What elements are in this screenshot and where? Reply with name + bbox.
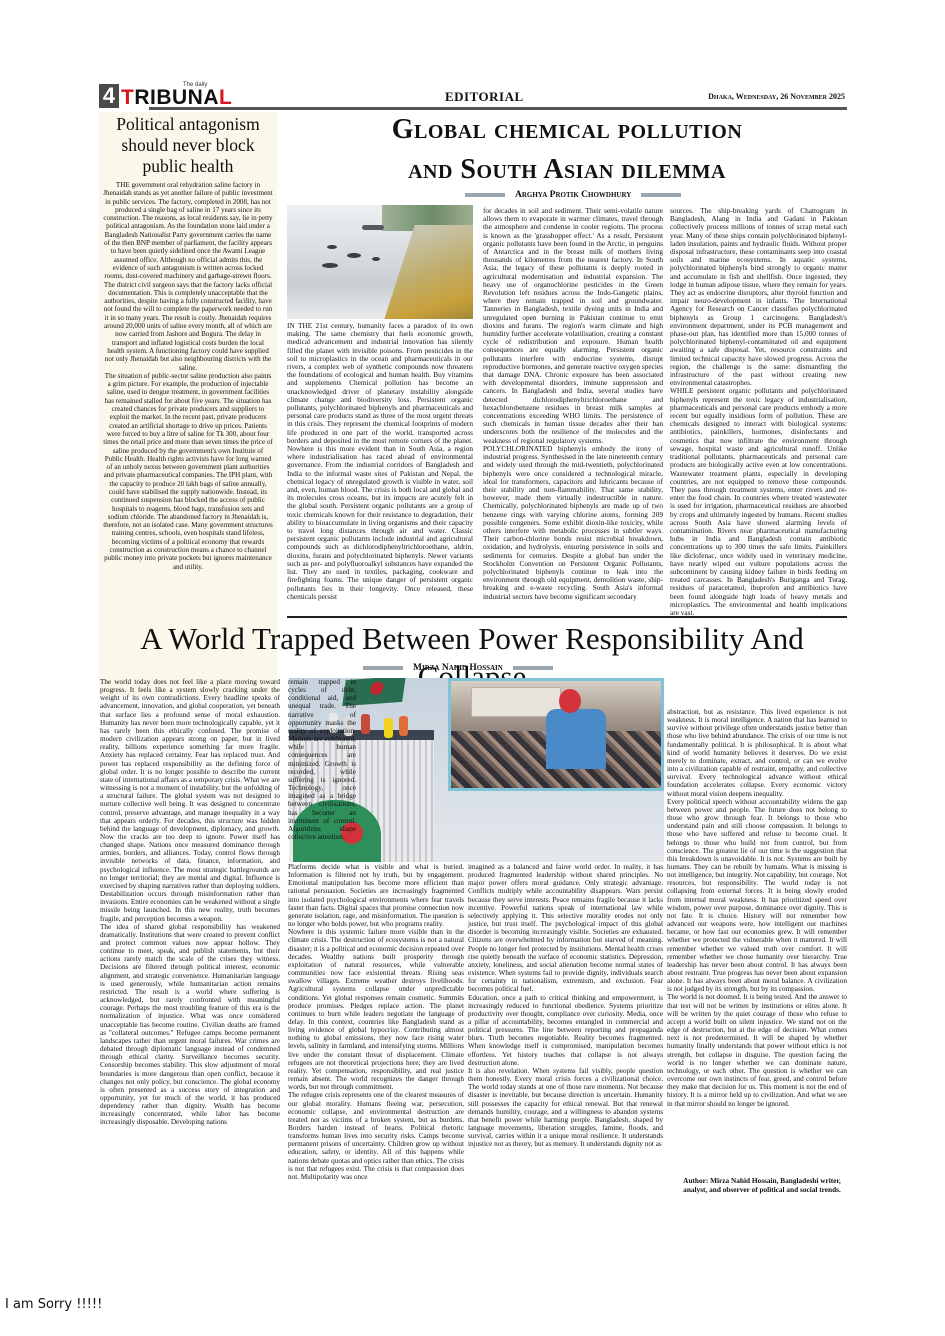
- article1-author: Arghya Protik Chowdhury: [515, 190, 631, 200]
- article1-byline: Arghya Protik Chowdhury: [465, 190, 681, 200]
- byline-rule: [641, 193, 681, 197]
- editorial-sidebar: Political antagonism should never block …: [99, 112, 277, 697]
- page-number: 4: [99, 84, 119, 108]
- editorial-title: Political antagonism should never block …: [103, 114, 273, 177]
- article2-column-2-top: remain trapped in cycles of debt, condit…: [288, 678, 356, 841]
- masthead: 4 The daily TRIBUNAL EDITORIAL Dhaka, We…: [97, 82, 847, 110]
- article2-column-4: abstraction, but as resistance. This liv…: [667, 708, 847, 1108]
- editorial-body: THE government oral rehydration saline f…: [103, 181, 273, 571]
- article1-headline: Global chemical pollution and South Asia…: [287, 110, 847, 190]
- polluted-riverbank-photo: [287, 205, 473, 319]
- crowd-protest-photo: [448, 678, 664, 791]
- author-note: Author: Mirza Nahid Hossain, Bangladeshi…: [677, 1176, 847, 1194]
- section-divider: [287, 616, 847, 618]
- newspaper-page: 4 The daily TRIBUNAL EDITORIAL Dhaka, We…: [97, 82, 847, 1252]
- tribunal-logo: The daily TRIBUNAL: [121, 82, 246, 108]
- article2-author: Mirza Nahid Hossain: [413, 663, 503, 673]
- brand-name: TRIBUNAL: [121, 87, 232, 108]
- article1-column-3: sources. The ship-breaking yards of Chat…: [670, 207, 847, 617]
- footer-note: I am Sorry !!!!!: [5, 1297, 102, 1312]
- article2-column-1: The world today does not feel like a pla…: [100, 678, 280, 1127]
- article2-column-3: imagined as a balanced and fairer world …: [468, 863, 663, 1148]
- byline-rule: [363, 666, 403, 670]
- byline-rule: [513, 666, 553, 670]
- article2-byline: Mirza Nahid Hossain: [363, 663, 553, 673]
- section-label: EDITORIAL: [445, 89, 524, 105]
- editorial-paragraph: THE government oral rehydration saline f…: [103, 181, 273, 372]
- byline-rule: [465, 193, 505, 197]
- dateline: Dhaka, Wednesday, 26 November 2025: [708, 92, 845, 101]
- article2-column-2: Platforms decide what is visible and wha…: [288, 863, 464, 1181]
- editorial-paragraph: The situation of public-sector saline pr…: [103, 372, 273, 571]
- article1-column-2: for decades in soil and sediment. Their …: [483, 207, 663, 601]
- article1-column-1: IN THE 21st century, humanity faces a pa…: [287, 322, 473, 601]
